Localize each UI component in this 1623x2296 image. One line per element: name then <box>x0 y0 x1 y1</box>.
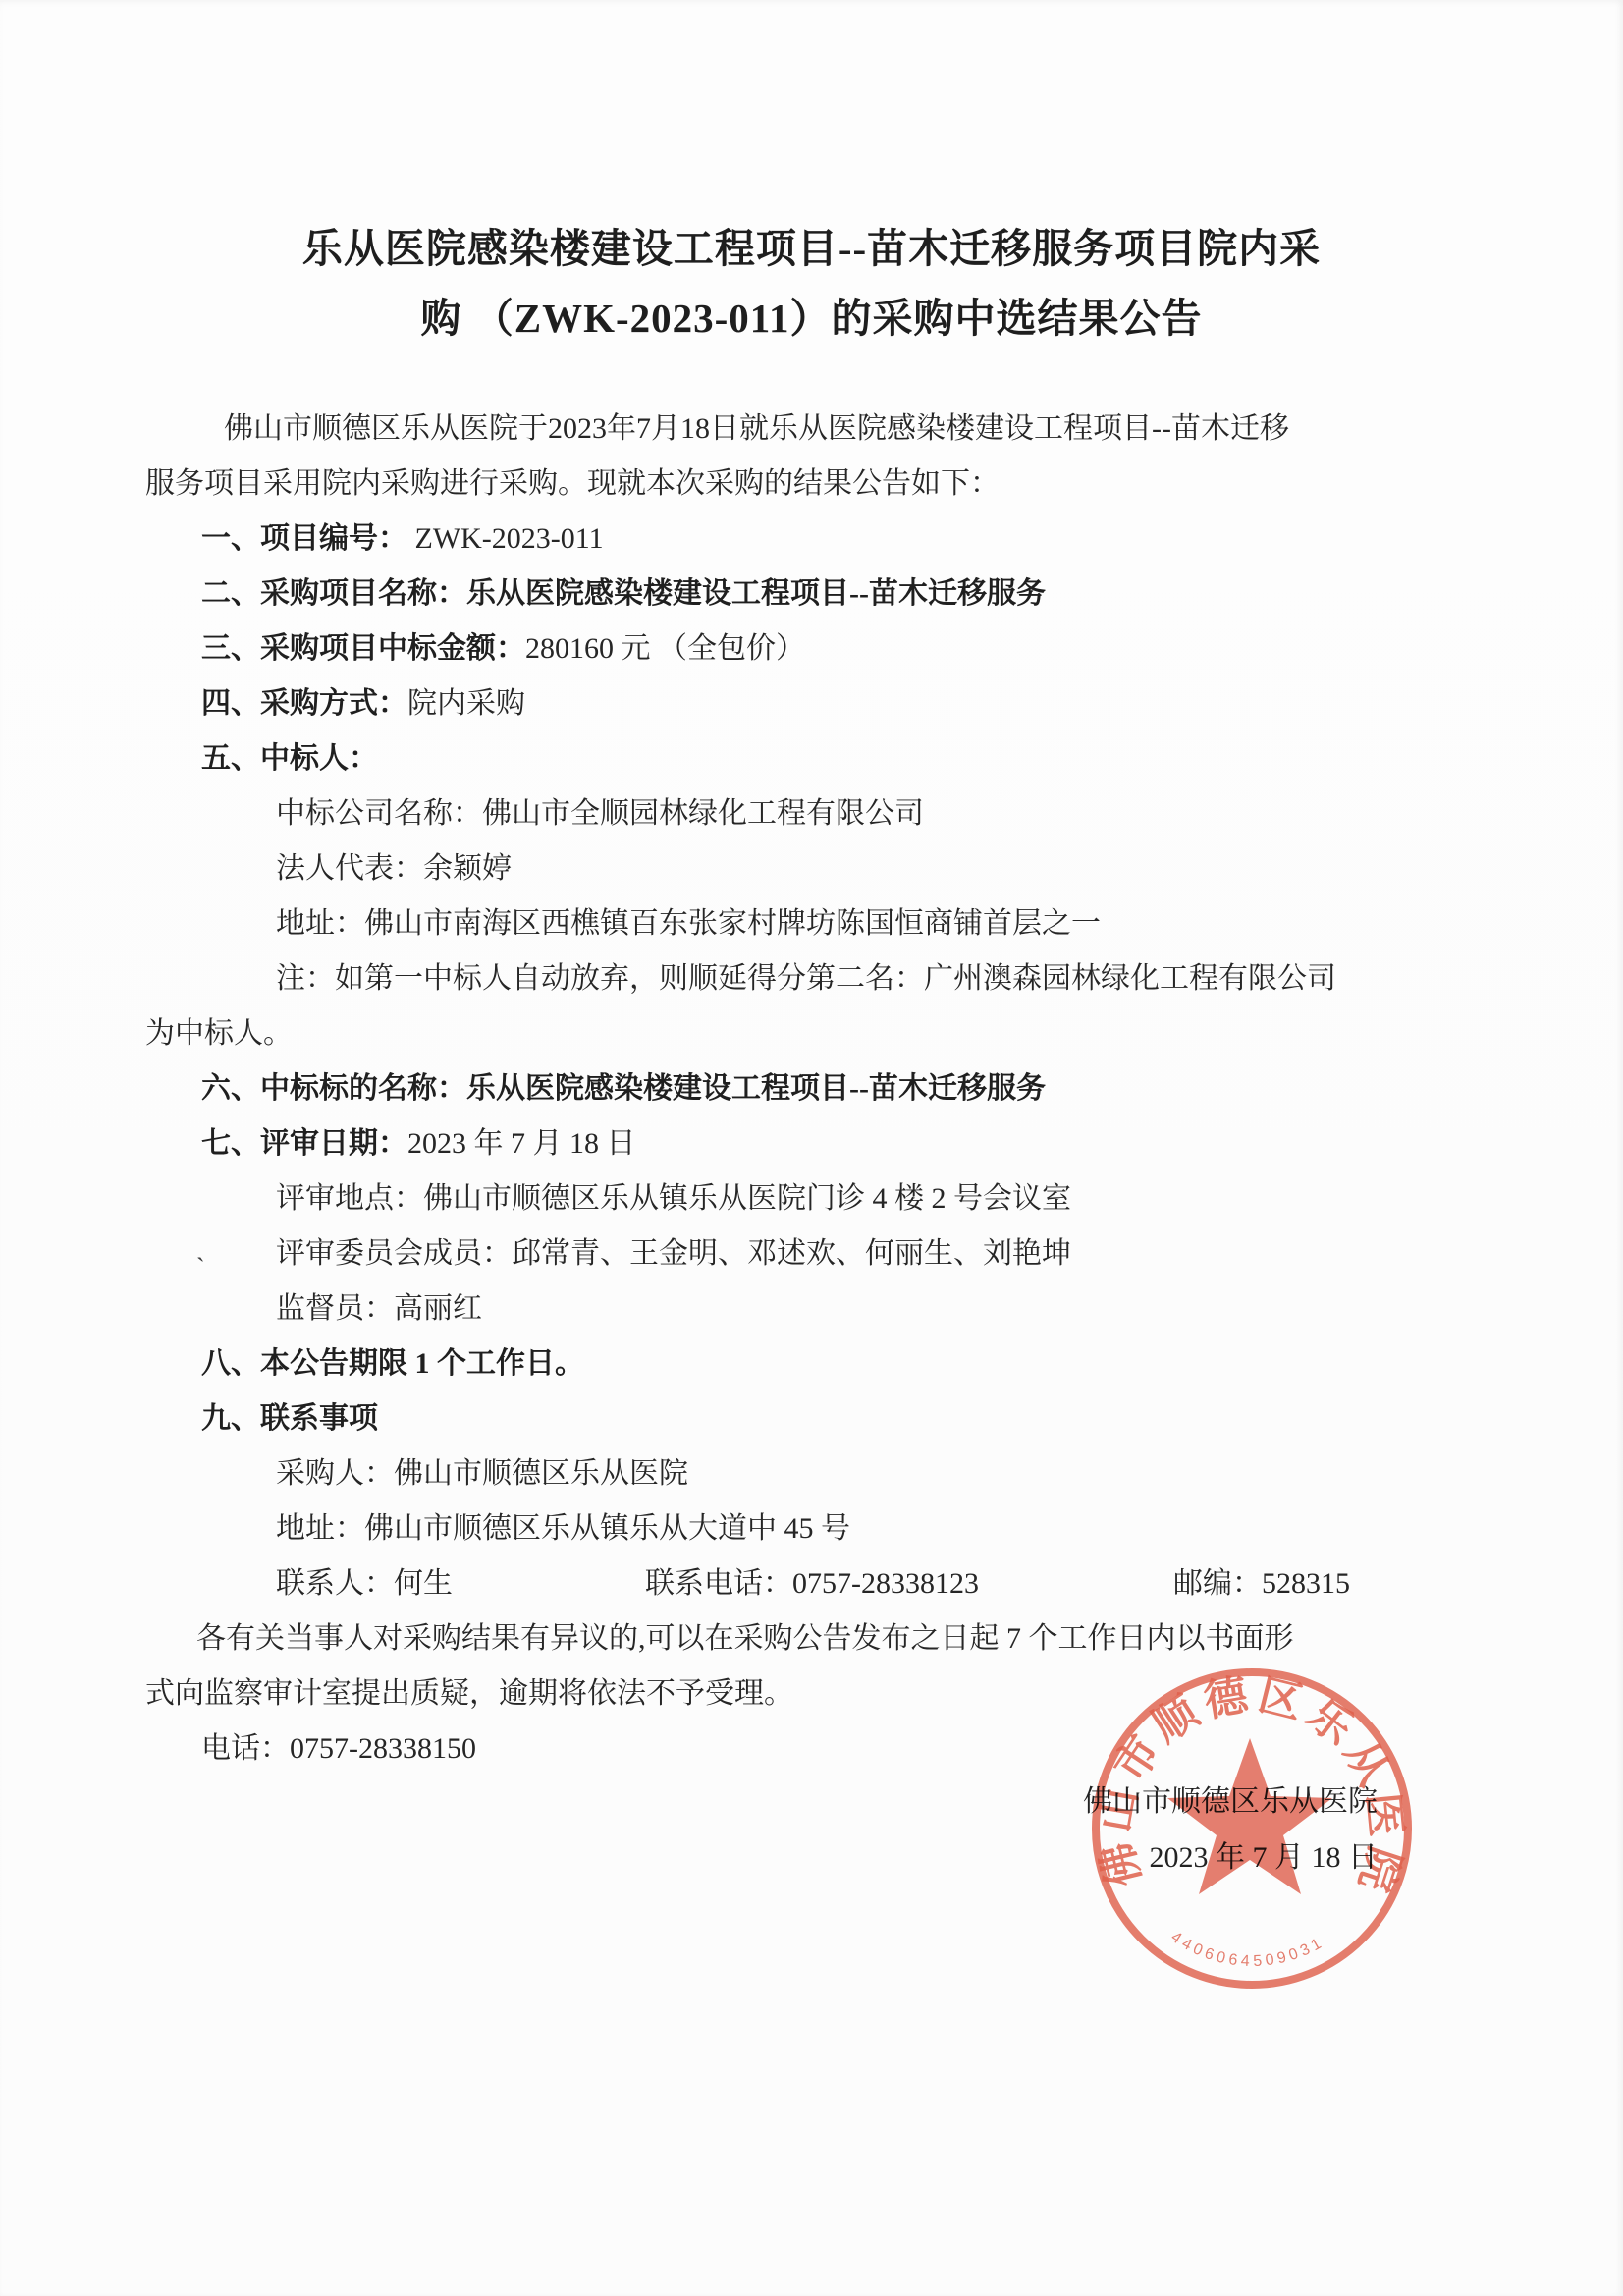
text-segment: 注：如第一中标人自动放弃，则顺延得分第二名：广州澳森园林绿化工程有限公司 <box>276 962 1336 995</box>
text-line: 八、本公告期限 1 个工作日。 <box>145 1337 1486 1392</box>
text-line: 各有关当事人对采购结果有异议的,可以在采购公告发布之日起 7 个工作日内以书面形 <box>145 1612 1486 1667</box>
text-segment: 法人代表：余颖婷 <box>276 852 512 885</box>
seal-star-icon <box>1167 1738 1332 1894</box>
text-line: 评审地点：佛山市顺德区乐从镇乐从医院门诊 4 楼 2 号会议室 <box>145 1172 1486 1227</box>
text-segment: 地址：佛山市顺德区乐从镇乐从大道中 45 号 <box>276 1512 850 1545</box>
text-segment: 评审地点：佛山市顺德区乐从镇乐从医院门诊 4 楼 2 号会议室 <box>276 1182 1071 1215</box>
stray-tick-mark: ` <box>196 1255 205 1281</box>
text-segment: 采购人：佛山市顺德区乐从医院 <box>276 1457 688 1490</box>
text-line: 服务项目采用院内采购进行采购。现就本次采购的结果公告如下： <box>145 457 1486 512</box>
text-line: 七、评审日期：2023 年 7 月 18 日 <box>145 1117 1486 1172</box>
text-line: 法人代表：余颖婷 <box>145 842 1486 897</box>
text-line: 三、采购项目中标金额：280160 元 （全包价） <box>145 622 1486 677</box>
text-segment: 邮编：528315 <box>1173 1567 1350 1600</box>
text-segment: 地址：佛山市南海区西樵镇百东张家村牌坊陈国恒商铺首层之一 <box>276 907 1101 940</box>
title-line-1: 乐从医院感染楼建设工程项目--苗木迁移服务项目院内采 <box>118 214 1505 284</box>
text-line: 为中标人。 <box>145 1007 1486 1062</box>
text-segment: 监督员：高丽红 <box>276 1292 482 1325</box>
text-segment: 服务项目采用院内采购进行采购。现就本次采购的结果公告如下： <box>145 467 1000 500</box>
text-line: 中标公司名称：佛山市全顺园林绿化工程有限公司 <box>145 787 1486 842</box>
text-line: 五、中标人： <box>145 732 1486 787</box>
document-title: 乐从医院感染楼建设工程项目--苗木迁移服务项目院内采 购 （ZWK-2023-0… <box>118 214 1505 354</box>
text-line: 二、采购项目名称：乐从医院感染楼建设工程项目--苗木迁移服务 <box>145 567 1486 622</box>
text-segment: 四、采购方式： <box>201 687 407 720</box>
text-segment: 六、中标标的名称： <box>201 1072 466 1105</box>
text-segment: 280160 元 （全包价） <box>525 632 805 665</box>
text-line: 地址：佛山市顺德区乐从镇乐从大道中 45 号 <box>145 1502 1486 1557</box>
text-line: 采购人：佛山市顺德区乐从医院 <box>145 1447 1486 1502</box>
text-segment: 佛山市顺德区乐从医院于2023年7月18日就乐从医院感染楼建设工程项目--苗木迁… <box>224 412 1289 445</box>
text-line: 一、项目编号： ZWK-2023-011 <box>145 512 1486 567</box>
document-page: 乐从医院感染楼建设工程项目--苗木迁移服务项目院内采 购 （ZWK-2023-0… <box>0 0 1623 2296</box>
text-line: 监督员：高丽红 <box>145 1282 1486 1337</box>
text-line: 四、采购方式：院内采购 <box>145 677 1486 732</box>
text-segment: 乐从医院感染楼建设工程项目--苗木迁移服务 <box>466 1072 1046 1105</box>
text-segment: 乐从医院感染楼建设工程项目--苗木迁移服务 <box>466 577 1046 610</box>
text-line: 联系人：何生联系电话：0757-28338123邮编：528315 <box>145 1557 1486 1612</box>
text-segment: 为中标人。 <box>145 1017 293 1050</box>
text-segment: 八、本公告期限 1 个工作日。 <box>201 1347 584 1380</box>
text-line: 注：如第一中标人自动放弃，则顺延得分第二名：广州澳森园林绿化工程有限公司 <box>145 952 1486 1007</box>
text-segment: 电话：0757-28338150 <box>201 1732 476 1765</box>
text-line: 六、中标标的名称：乐从医院感染楼建设工程项目--苗木迁移服务 <box>145 1062 1486 1117</box>
seal-graphic: 佛山市顺德区乐从医院 4406064509031 <box>1083 1660 1421 1997</box>
text-segment: 七、评审日期： <box>201 1127 407 1160</box>
text-line: 评审委员会成员：邱常青、王金明、邓述欢、何丽生、刘艳坤 <box>145 1227 1486 1282</box>
text-segment: 中标公司名称：佛山市全顺园林绿化工程有限公司 <box>276 797 924 830</box>
text-segment: 各有关当事人对采购结果有异议的,可以在采购公告发布之日起 7 个工作日内以书面形 <box>196 1622 1294 1655</box>
document-body: 佛山市顺德区乐从医院于2023年7月18日就乐从医院感染楼建设工程项目--苗木迁… <box>145 402 1486 1777</box>
svg-text:4406064509031: 4406064509031 <box>1168 1929 1327 1970</box>
text-segment: 联系人：何生 <box>276 1567 453 1600</box>
text-segment: 联系电话：0757-28338123 <box>645 1567 979 1600</box>
text-segment: 一、项目编号： <box>201 522 407 555</box>
text-segment: 院内采购 <box>407 687 525 720</box>
text-segment: 2023 年 7 月 18 日 <box>407 1127 636 1160</box>
seal-serial-number: 4406064509031 <box>1168 1929 1327 1970</box>
text-segment: 九、联系事项 <box>201 1402 378 1435</box>
text-line: 地址：佛山市南海区西樵镇百东张家村牌坊陈国恒商铺首层之一 <box>145 897 1486 952</box>
text-segment: 五、中标人： <box>201 742 378 775</box>
official-seal: 佛山市顺德区乐从医院 4406064509031 <box>1083 1660 1421 1997</box>
text-segment: 三、采购项目中标金额： <box>201 632 525 665</box>
text-segment: ZWK-2023-011 <box>407 522 604 555</box>
text-segment: 评审委员会成员：邱常青、王金明、邓述欢、何丽生、刘艳坤 <box>276 1237 1071 1270</box>
title-line-2: 购 （ZWK-2023-011）的采购中选结果公告 <box>118 284 1505 354</box>
text-line: 佛山市顺德区乐从医院于2023年7月18日就乐从医院感染楼建设工程项目--苗木迁… <box>145 402 1486 457</box>
text-line: 九、联系事项 <box>145 1392 1486 1447</box>
text-segment: 二、采购项目名称： <box>201 577 466 610</box>
text-segment: 式向监察审计室提出质疑，逾期将依法不予受理。 <box>145 1677 793 1710</box>
